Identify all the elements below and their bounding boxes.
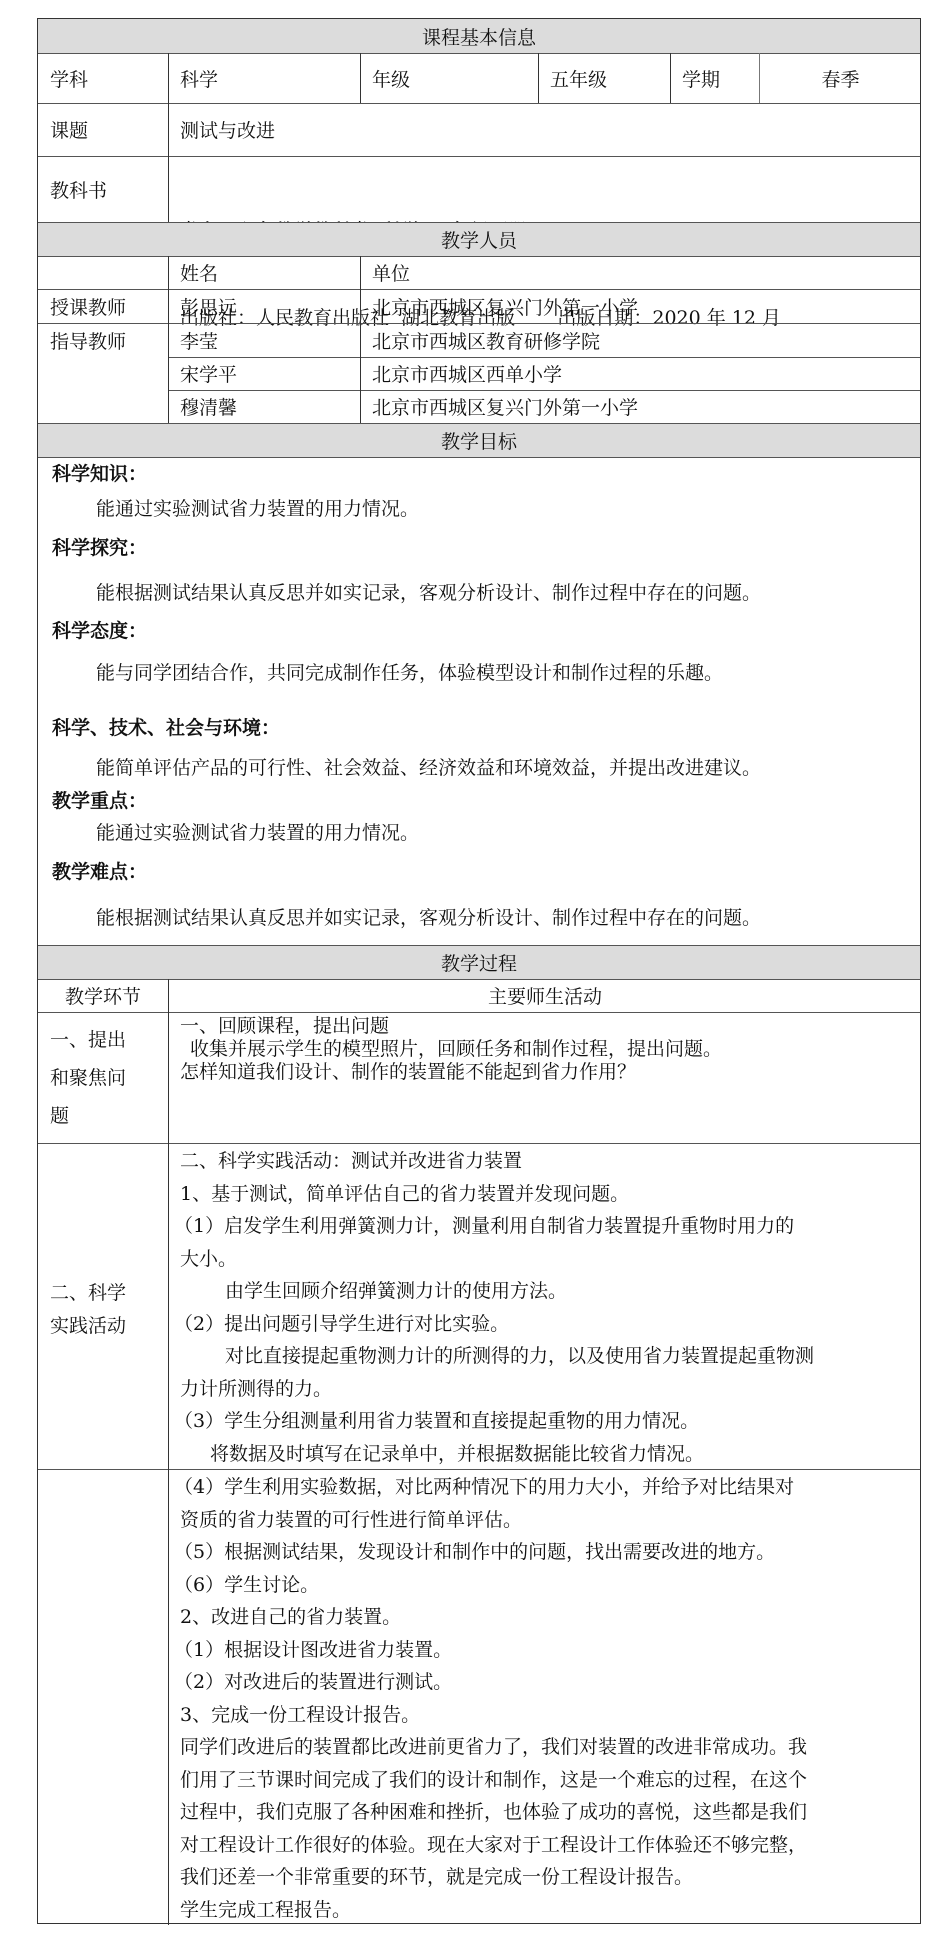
difficulty-text: 能根据测试结果认真反思并如实记录，客观分析设计、制作过程中存在的问题。: [96, 906, 761, 930]
divider: [38, 457, 920, 458]
activity-line: （3）学生分组测量利用省力装置和直接提起重物的用力情况。: [174, 1405, 910, 1438]
key-point-heading: 教学重点：: [52, 789, 147, 813]
stage-label: 二、科学 实践活动: [50, 1277, 160, 1343]
textbook-label: 教科书: [38, 156, 168, 222]
activity-line: （5）根据测试结果，发现设计和制作中的问题，找出需要改进的地方。: [174, 1536, 910, 1569]
activity-line: （4）学生利用实验数据，对比两种情况下的用力大小，并给予对比结果对: [174, 1471, 910, 1504]
activity-line: 二、科学实践活动：测试并改进省力装置: [180, 1145, 910, 1178]
activity-line: 对比直接提起重物测力计的所测得的力，以及使用省力装置提起重物测: [180, 1340, 910, 1373]
divider: [38, 156, 920, 157]
term-value: 春季: [759, 53, 922, 103]
activity-line: 一、回顾课程，提出问题: [180, 1015, 910, 1038]
activity-line: （1）启发学生利用弹簧测力计，测量利用自制省力装置提升重物时用力的: [174, 1210, 910, 1243]
staff-name: 穆清馨: [168, 390, 360, 423]
activity-line: （1）根据设计图改进省力装置。: [174, 1634, 910, 1667]
stage-activities: 二、科学实践活动：测试并改进省力装置 1、基于测试，简单评估自己的省力装置并发现…: [180, 1145, 910, 1470]
topic-value: 测试与改进: [168, 103, 922, 156]
stage-line: 二、科学: [50, 1277, 160, 1310]
staff-name: 李莹: [168, 323, 360, 357]
divider: [360, 256, 361, 423]
term-label: 学期: [670, 53, 759, 103]
lesson-plan-table: 课程基本信息 学科 科学 年级 五年级 学期 春季 课题 测试与改进 教科书 书…: [37, 18, 921, 1924]
staff-title: 教学人员: [38, 223, 920, 256]
process-col-stage: 教学环节: [38, 979, 168, 1012]
difficulty-heading: 教学难点：: [52, 860, 147, 884]
basic-info-title: 课程基本信息: [38, 19, 920, 53]
objectives-title: 教学目标: [38, 424, 920, 457]
activity-line: 将数据及时填写在记录单中，并根据数据能比较省力情况。: [180, 1438, 910, 1471]
grade-value: 五年级: [538, 53, 670, 103]
activity-line: 学生完成工程报告。: [180, 1894, 910, 1927]
activity-line: 过程中，我们克服了各种困难和挫折，也体验了成功的喜悦，这些都是我们: [180, 1796, 910, 1829]
objective-heading: 科学态度：: [52, 619, 147, 643]
activity-line: 怎样知道我们设计、制作的装置能不能起到省力作用？: [180, 1061, 910, 1084]
divider: [538, 53, 539, 103]
staff-unit: 北京市西城区复兴门外第一小学: [360, 390, 922, 423]
staff-unit: 北京市西城区教育研修学院: [360, 323, 922, 357]
objective-heading: 科学知识：: [52, 462, 147, 486]
activity-line: 大小。: [180, 1243, 910, 1276]
objective-text: 能通过实验测试省力装置的用力情况。: [96, 497, 419, 521]
activity-line: 对工程设计工作很好的体验。现在大家对于工程设计工作体验还不够完整，: [180, 1829, 910, 1862]
subject-value: 科学: [168, 53, 360, 103]
objective-text: 能根据测试结果认真反思并如实记录，客观分析设计、制作过程中存在的问题。: [96, 581, 761, 605]
stage-label: 一、提出 和聚焦问 题: [50, 1021, 160, 1135]
key-point-text: 能通过实验测试省力装置的用力情况。: [96, 821, 419, 845]
objective-heading: 科学、技术、社会与环境：: [52, 716, 280, 740]
stage-line: 和聚焦问: [50, 1059, 160, 1097]
staff-header-name: 姓名: [168, 256, 360, 289]
process-col-activity: 主要师生活动: [168, 979, 922, 1012]
divider: [670, 53, 671, 103]
staff-header-unit: 单位: [360, 256, 922, 289]
activity-line: 2、改进自己的省力装置。: [180, 1601, 910, 1634]
staff-role: 授课教师: [38, 289, 168, 323]
subject-label: 学科: [38, 53, 168, 103]
grade-label: 年级: [360, 53, 538, 103]
process-title: 教学过程: [38, 946, 920, 979]
activity-line: （2）对改进后的装置进行测试。: [174, 1666, 910, 1699]
activity-line: 收集并展示学生的模型照片，回顾任务和制作过程，提出问题。: [180, 1038, 910, 1061]
activity-line: （6）学生讨论。: [174, 1569, 910, 1602]
divider: [360, 53, 361, 103]
staff-unit: 北京市西城区复兴门外第一小学: [360, 289, 922, 323]
divider: [38, 1469, 920, 1470]
stage-activities: （4）学生利用实验数据，对比两种情况下的用力大小，并给予对比结果对 资质的省力装…: [180, 1471, 910, 1926]
stage-line: 实践活动: [50, 1310, 160, 1343]
activity-line: （2）提出问题引导学生进行对比实验。: [174, 1308, 910, 1341]
stage-line: 一、提出: [50, 1021, 160, 1059]
divider: [168, 256, 169, 423]
objective-text: 能与同学团结合作，共同完成制作任务，体验模型设计和制作过程的乐趣。: [96, 661, 723, 685]
divider: [168, 53, 169, 222]
activity-line: 同学们改进后的装置都比改进前更省力了，我们对装置的改进非常成功。我: [180, 1731, 910, 1764]
topic-label: 课题: [38, 103, 168, 156]
activity-line: 1、基于测试，简单评估自己的省力装置并发现问题。: [180, 1178, 910, 1211]
objective-text: 能简单评估产品的可行性、社会效益、经济效益和环境效益，并提出改进建议。: [96, 756, 761, 780]
objective-heading: 科学探究：: [52, 536, 147, 560]
stage-line: 题: [50, 1097, 160, 1135]
divider: [38, 1012, 920, 1013]
divider: [38, 1143, 920, 1144]
staff-role: 指导教师: [38, 323, 168, 357]
divider: [759, 53, 760, 103]
divider: [168, 979, 169, 1925]
activity-line: 们用了三节课时间完成了我们的设计和制作，这是一个难忘的过程，在这个: [180, 1764, 910, 1797]
staff-name: 宋学平: [168, 357, 360, 390]
activity-line: 由学生回顾介绍弹簧测力计的使用方法。: [180, 1275, 910, 1308]
staff-unit: 北京市西城区西单小学: [360, 357, 922, 390]
activity-line: 资质的省力装置的可行性进行简单评估。: [180, 1504, 910, 1537]
staff-name: 彭思远: [168, 289, 360, 323]
activity-line: 力计所测得的力。: [180, 1373, 910, 1406]
staff-header-role: [38, 256, 168, 289]
activity-line: 3、完成一份工程设计报告。: [180, 1699, 910, 1732]
activity-line: 我们还差一个非常重要的环节，就是完成一份工程设计报告。: [180, 1861, 910, 1894]
stage-activities: 一、回顾课程，提出问题 收集并展示学生的模型照片，回顾任务和制作过程，提出问题。…: [180, 1015, 910, 1084]
